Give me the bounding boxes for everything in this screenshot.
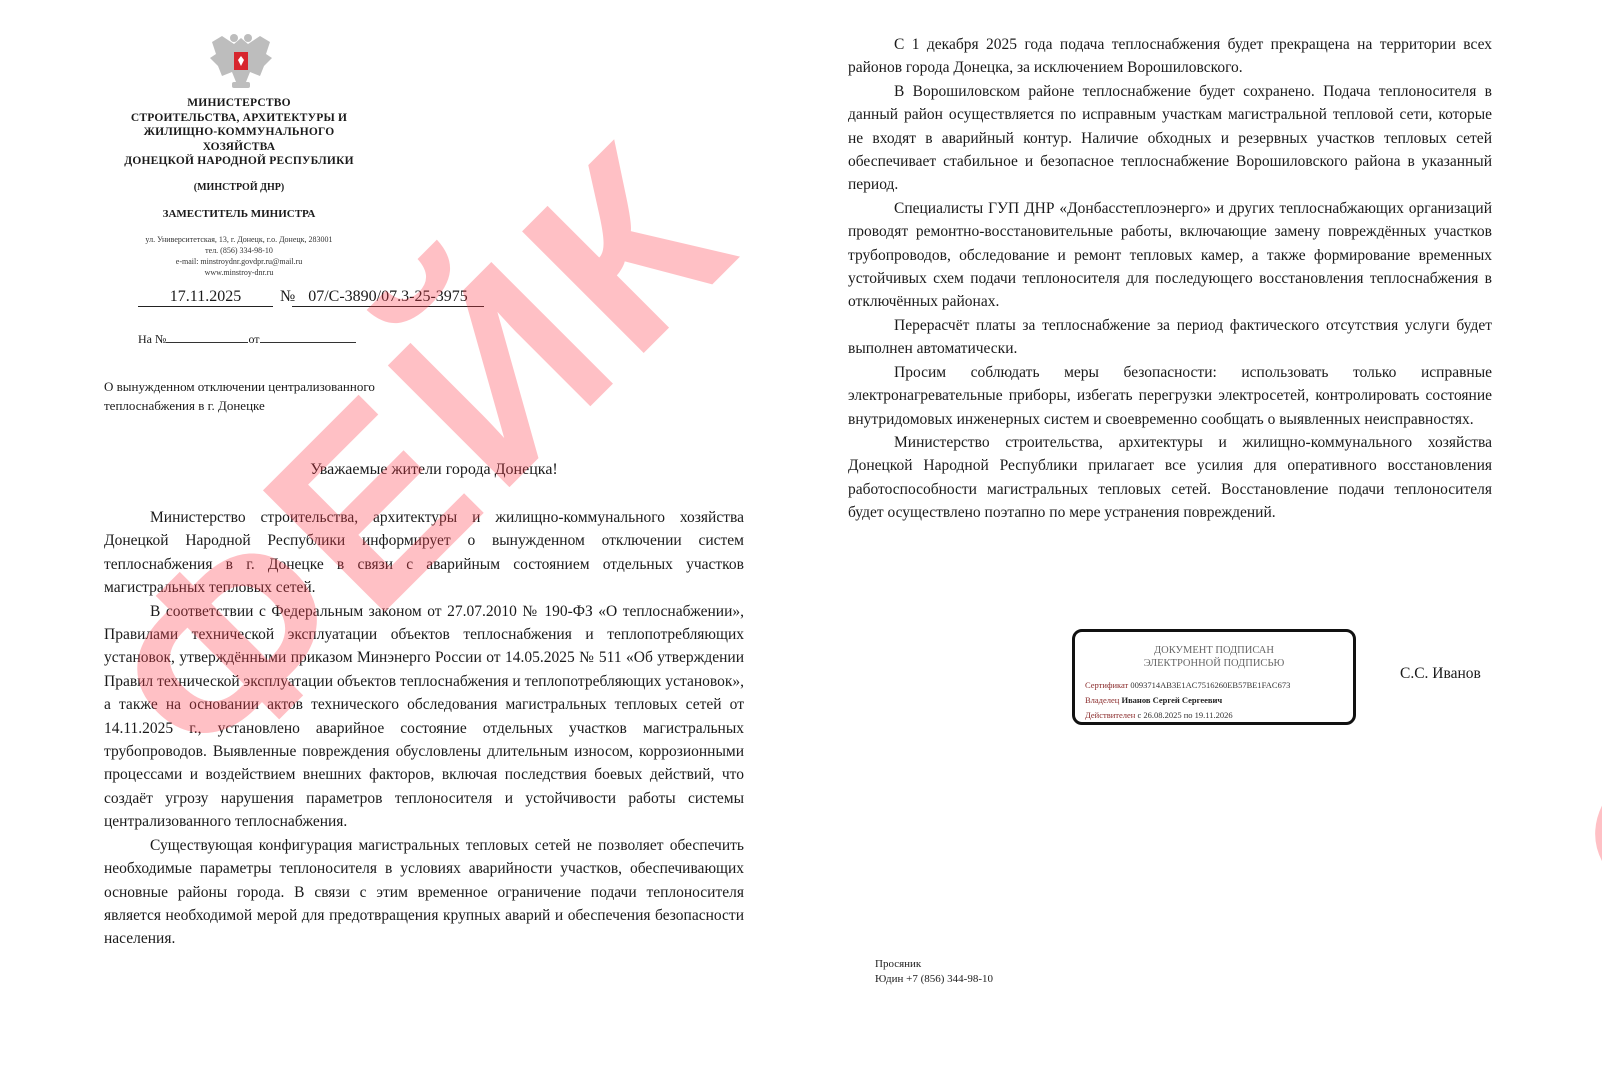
letter-subject: О вынужденном отключении централизованно… bbox=[104, 377, 464, 415]
paragraph: С 1 декабря 2025 года подача теплоснабже… bbox=[848, 33, 1492, 80]
stamp-title: ДОКУМЕНТ ПОДПИСАН ЭЛЕКТРОННОЙ ПОДПИСЬЮ bbox=[1075, 644, 1353, 670]
document-number: 07/С-3890/07.3-25-3975 bbox=[292, 288, 484, 307]
reference-number-blank bbox=[166, 332, 248, 343]
paragraph: Перерасчёт платы за теплоснабжение за пе… bbox=[848, 314, 1492, 361]
document-date: 17.11.2025 bbox=[138, 288, 273, 307]
reference-date-blank bbox=[260, 332, 356, 343]
organization-short-name: (МИНСТРОЙ ДНР) bbox=[104, 182, 374, 193]
letter-body-page-1: Министерство строительства, архитектуры … bbox=[104, 506, 744, 951]
stamp-validity: Действителен с 26.08.2025 по 19.11.2026 bbox=[1085, 710, 1233, 720]
executor-info: Просяник Юдин +7 (856) 344-98-10 bbox=[875, 957, 993, 987]
salutation: Уважаемые жители города Донецка! bbox=[104, 461, 764, 479]
reference-from-label: от bbox=[248, 332, 259, 346]
address: ул. Университетская, 13, г. Донецк, г.о.… bbox=[104, 234, 374, 245]
email: e-mail: minstroydnr.govdpr.ru@mail.ru bbox=[104, 256, 374, 267]
phone: тел. (856) 334-98-10 bbox=[104, 245, 374, 256]
contact-block: ул. Университетская, 13, г. Донецк, г.о.… bbox=[104, 234, 374, 278]
paragraph: Министерство строительства, архитектуры … bbox=[104, 506, 744, 600]
signer-name: С.С. Иванов bbox=[1400, 665, 1481, 683]
letter-body-page-2: С 1 декабря 2025 года подача теплоснабже… bbox=[848, 33, 1492, 525]
stamp-owner: Владелец Иванов Сергей Сергеевич bbox=[1085, 695, 1222, 705]
organization-name: МИНИСТЕРСТВО СТРОИТЕЛЬСТВА, АРХИТЕКТУРЫ … bbox=[104, 96, 374, 169]
paragraph: Просим соблюдать меры безопасности: испо… bbox=[848, 361, 1492, 431]
executor-contact: Юдин +7 (856) 344-98-10 bbox=[875, 972, 993, 987]
paragraph: В соответствии с Федеральным законом от … bbox=[104, 600, 744, 834]
fake-watermark: ФЕЙК bbox=[1486, 191, 1602, 1018]
stamp-certificate: Сертификат 0093714AB3E1AC7516260EB57BE1F… bbox=[1085, 680, 1290, 690]
paragraph: Министерство строительства, архитектуры … bbox=[848, 431, 1492, 525]
reference-number-label: На № bbox=[138, 332, 166, 346]
coat-of-arms-icon bbox=[208, 32, 274, 90]
department-title: ЗАМЕСТИТЕЛЬ МИНИСТРА bbox=[104, 208, 374, 220]
electronic-signature-stamp: ДОКУМЕНТ ПОДПИСАН ЭЛЕКТРОННОЙ ПОДПИСЬЮ С… bbox=[1072, 629, 1356, 725]
website: www.minstroy-dnr.ru bbox=[104, 267, 374, 278]
executor-name: Просяник bbox=[875, 957, 993, 972]
reference-line: На №от bbox=[138, 332, 356, 347]
paragraph: Существующая конфигурация магистральных … bbox=[104, 834, 744, 951]
paragraph: В Ворошиловском районе теплоснабжение бу… bbox=[848, 80, 1492, 197]
letter-page-2: С 1 декабря 2025 года подача теплоснабже… bbox=[800, 0, 1602, 1080]
letter-page-1: МИНИСТЕРСТВО СТРОИТЕЛЬСТВА, АРХИТЕКТУРЫ … bbox=[0, 0, 800, 1080]
paragraph: Специалисты ГУП ДНР «Донбасстеплоэнерго»… bbox=[848, 197, 1492, 314]
